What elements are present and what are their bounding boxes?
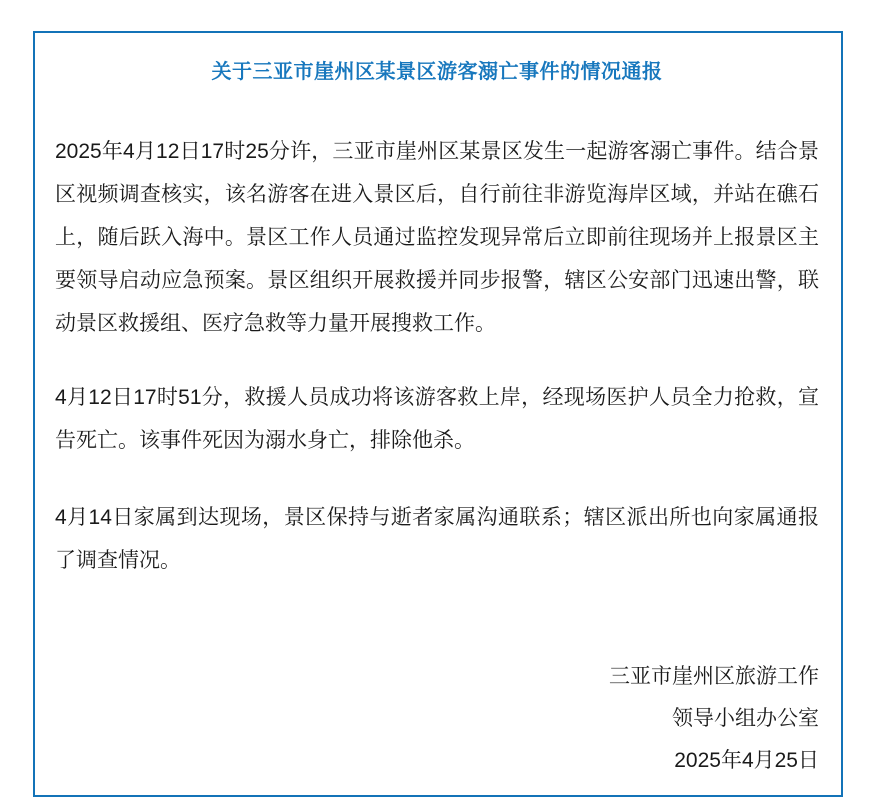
notice-title: 关于三亚市崖州区某景区游客溺亡事件的情况通报 bbox=[55, 59, 819, 85]
signature-org-line-2: 领导小组办公室 bbox=[55, 698, 819, 740]
notice-border-box: 关于三亚市崖州区某景区游客溺亡事件的情况通报 2025年4月12日17时25分许… bbox=[33, 31, 843, 797]
notice-paragraph-incident: 2025年4月12日17时25分许，三亚市崖州区某景区发生一起游客溺亡事件。结合… bbox=[55, 130, 819, 345]
notice-paragraph-family-contact: 4月14日家属到达现场，景区保持与逝者家属沟通联系；辖区派出所也向家属通报了调查… bbox=[55, 496, 819, 582]
signature-date: 2025年4月25日 bbox=[55, 740, 819, 782]
signature-org-line-1: 三亚市崖州区旅游工作 bbox=[55, 656, 819, 698]
notice-paragraph-rescue-result: 4月12日17时51分，救援人员成功将该游客救上岸，经现场医护人员全力抢救，宣告… bbox=[55, 376, 819, 462]
notice-page: 关于三亚市崖州区某景区游客溺亡事件的情况通报 2025年4月12日17时25分许… bbox=[0, 0, 888, 806]
signature-block: 三亚市崖州区旅游工作 领导小组办公室 2025年4月25日 bbox=[55, 656, 819, 782]
